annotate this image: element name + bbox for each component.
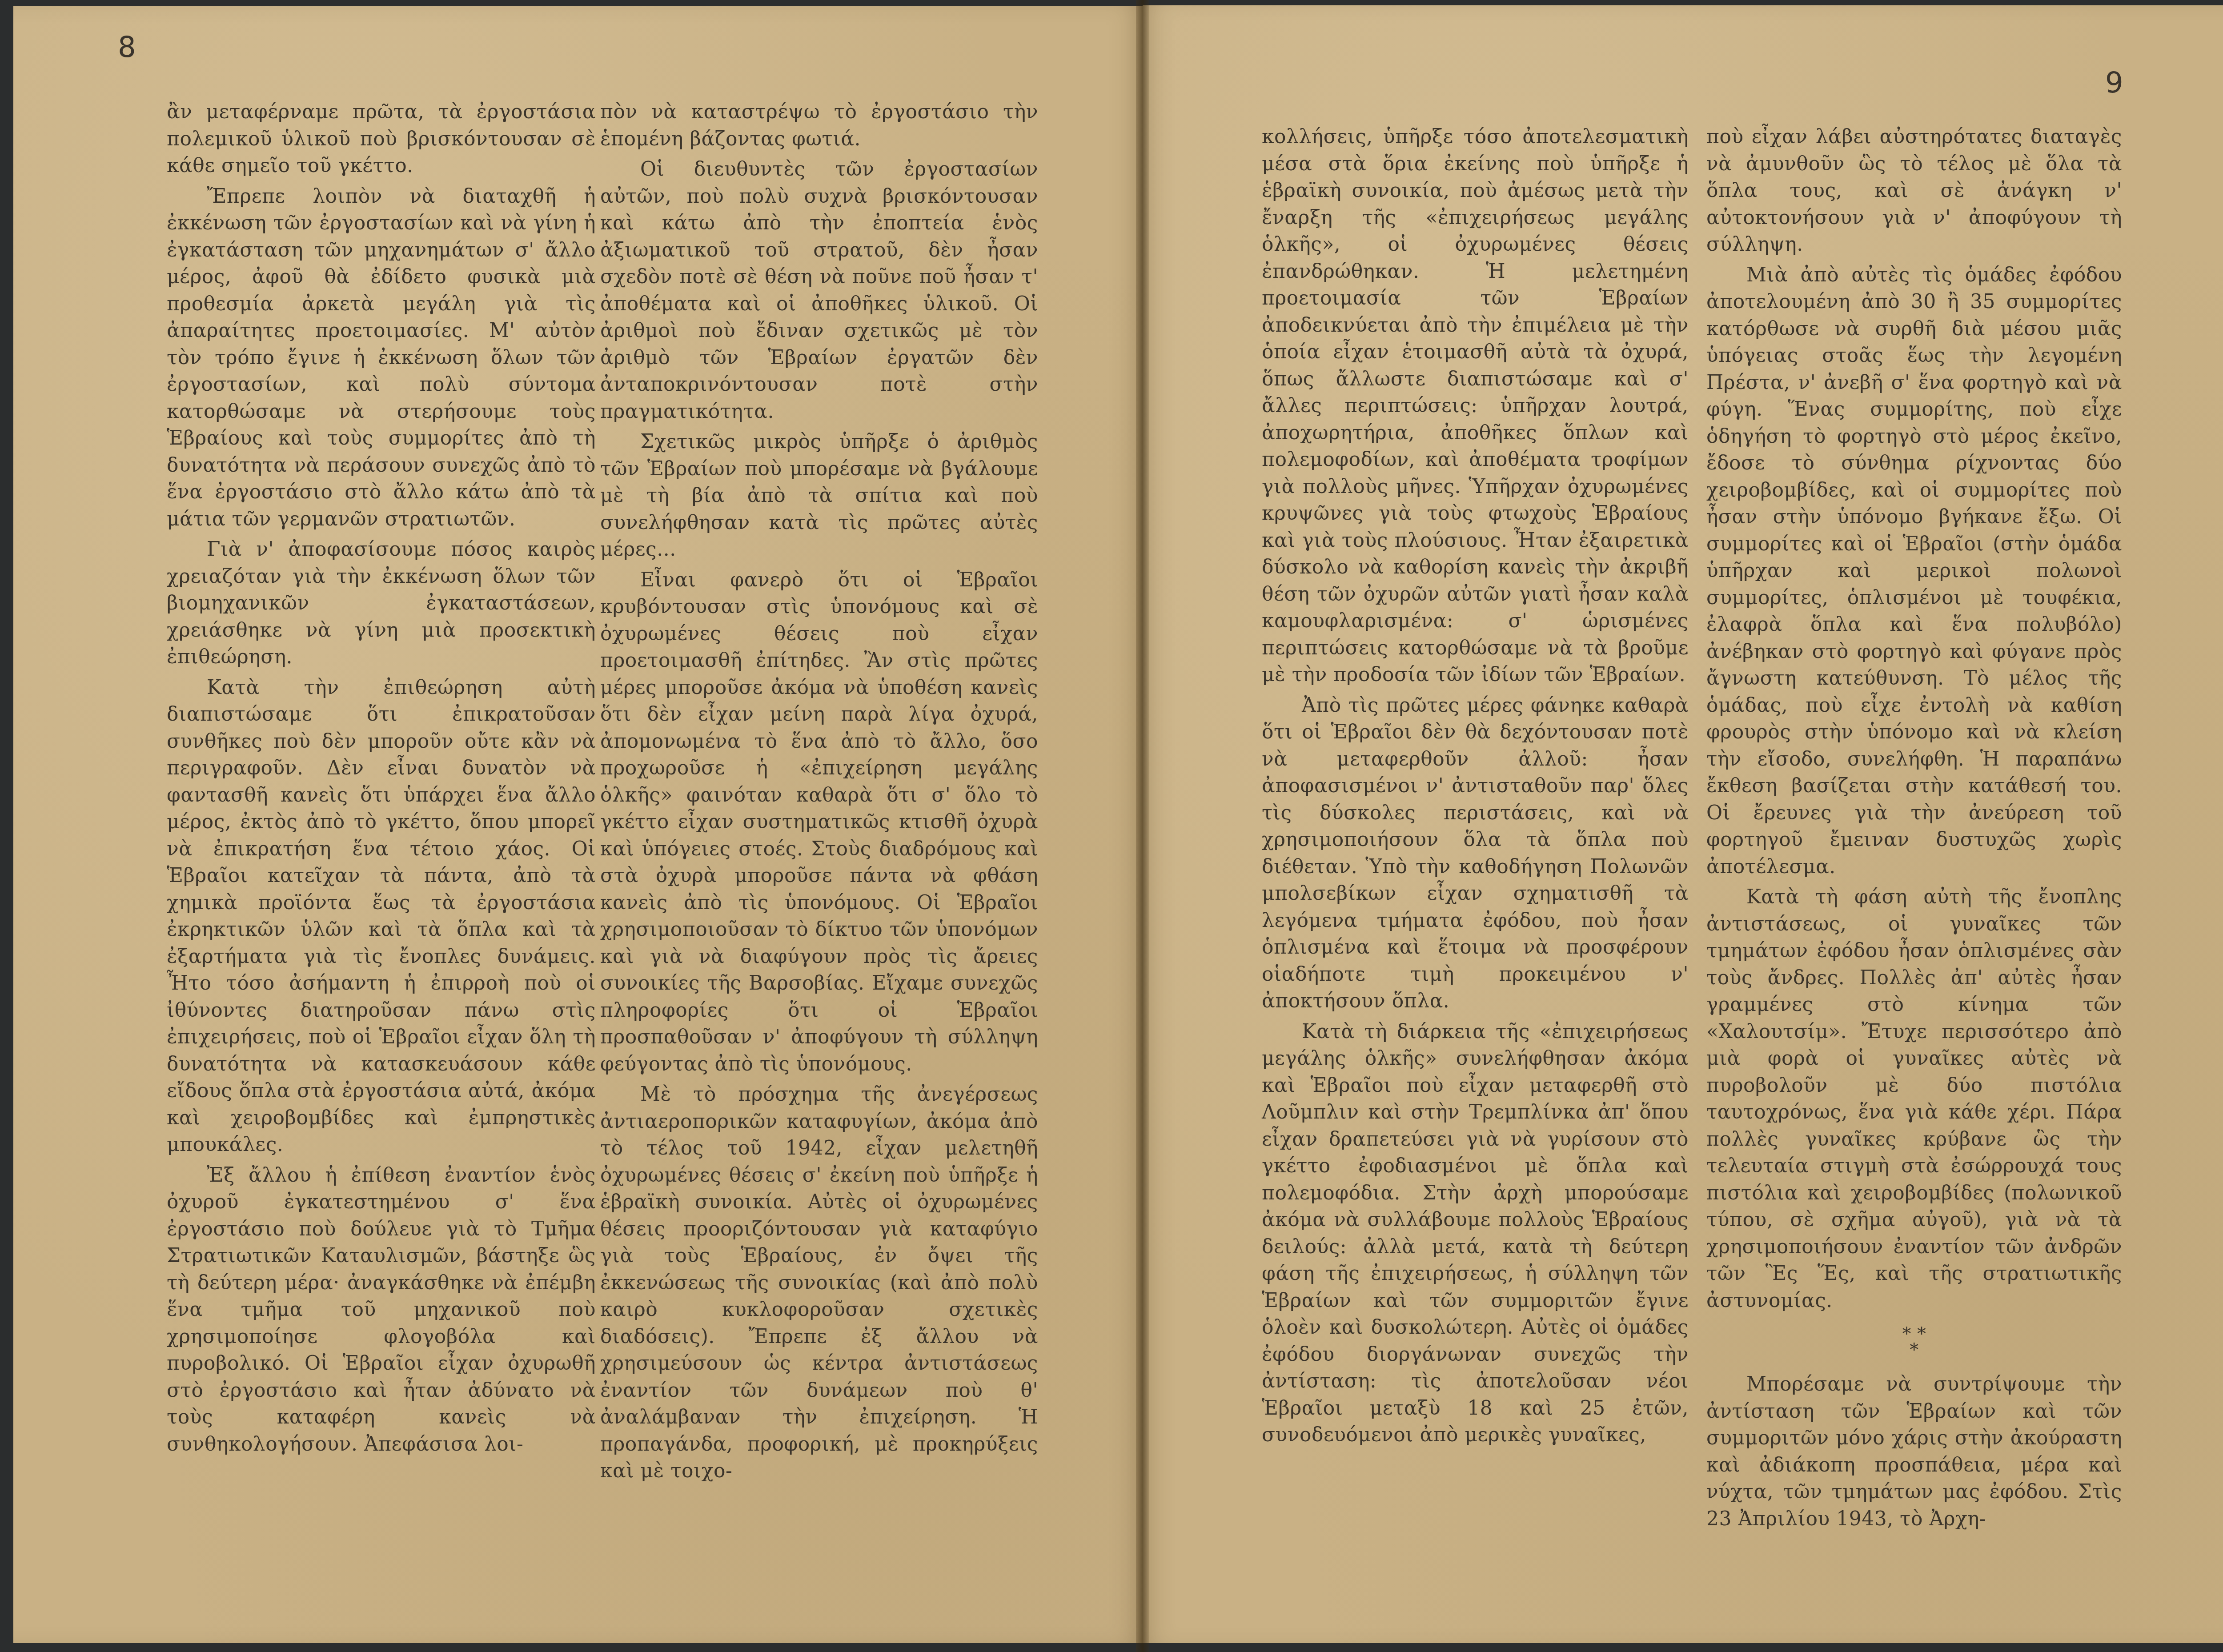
page-8-column-2: πὸν νὰ καταστρέψω τὸ ἐργοστάσιο τὴν ἑπομ… (600, 99, 1038, 1485)
paragraph: Εἶναι φανερὸ ὅτι οἱ Ἑβραῖοι κρυβόντουσαν… (600, 567, 1038, 1078)
page-8-column-1: ἂν μεταφέρναμε πρῶτα, τὰ ἐργοστάσια πολε… (167, 99, 596, 1458)
paragraph: Μπορέσαμε νὰ συντρίψουμε τὴν ἀντίσταση τ… (1706, 1371, 2122, 1532)
paragraph: Ἐξ ἄλλου ἡ ἐπίθεση ἐναντίον ἑνὸς ὀχυροῦ … (167, 1162, 596, 1458)
page-number-9: 9 (2105, 67, 2123, 100)
paragraph: πὸν νὰ καταστρέψω τὸ ἐργοστάσιο τὴν ἑπομ… (600, 99, 1038, 152)
paragraph: Ἀπὸ τὶς πρῶτες μέρες φάνηκε καθαρὰ ὅτι ο… (1262, 692, 1689, 1015)
paragraph: Σχετικῶς μικρὸς ὑπῆρξε ὁ ἀριθμὸς τῶν Ἑβρ… (600, 429, 1038, 563)
section-divider-asterisks: * * * (1706, 1326, 2122, 1358)
paragraph: Κατὰ τὴ φάση αὐτὴ τῆς ἔνοπλης ἀντιστάσεω… (1706, 884, 2122, 1314)
paragraph: ἂν μεταφέρναμε πρῶτα, τὰ ἐργοστάσια πολε… (167, 99, 596, 180)
page-9-column-2: ποὺ εἶχαν λάβει αὐστηρότατες διαταγὲς νὰ… (1706, 124, 2122, 1532)
paragraph: Κατὰ τὴν ἐπιθεώρηση αὐτὴ διαπιστώσαμε ὅτ… (167, 674, 596, 1159)
paragraph: ποὺ εἶχαν λάβει αὐστηρότατες διαταγὲς νὰ… (1706, 124, 2122, 258)
paragraph: Γιὰ ν' ἀποφασίσουμε πόσος καιρὸς χρειαζό… (167, 536, 596, 671)
paragraph: Οἱ διευθυντὲς τῶν ἐργοστασίων αὐτῶν, ποὺ… (600, 156, 1038, 425)
page-number-8: 8 (118, 31, 136, 64)
paragraph: Μὲ τὸ πρόσχημα τῆς ἀνεγέρσεως ἀντιαεροπο… (600, 1081, 1038, 1485)
page-9-column-1: κολλήσεις, ὑπῆρξε τόσο ἀποτελεσματικὴ μέ… (1262, 124, 1689, 1449)
paragraph: Μιὰ ἀπὸ αὐτὲς τὶς ὁμάδες ἐφόδου ἀποτελου… (1706, 262, 2122, 881)
book-gutter (1136, 0, 1149, 1652)
paragraph: κολλήσεις, ὑπῆρξε τόσο ἀποτελεσματικὴ μέ… (1262, 124, 1689, 689)
paragraph: Ἔπρεπε λοιπὸν νὰ διαταχθῆ ἡ ἐκκένωση τῶν… (167, 183, 596, 533)
paragraph: Κατὰ τὴ διάρκεια τῆς «ἐπιχειρήσεως μεγάλ… (1262, 1018, 1689, 1449)
